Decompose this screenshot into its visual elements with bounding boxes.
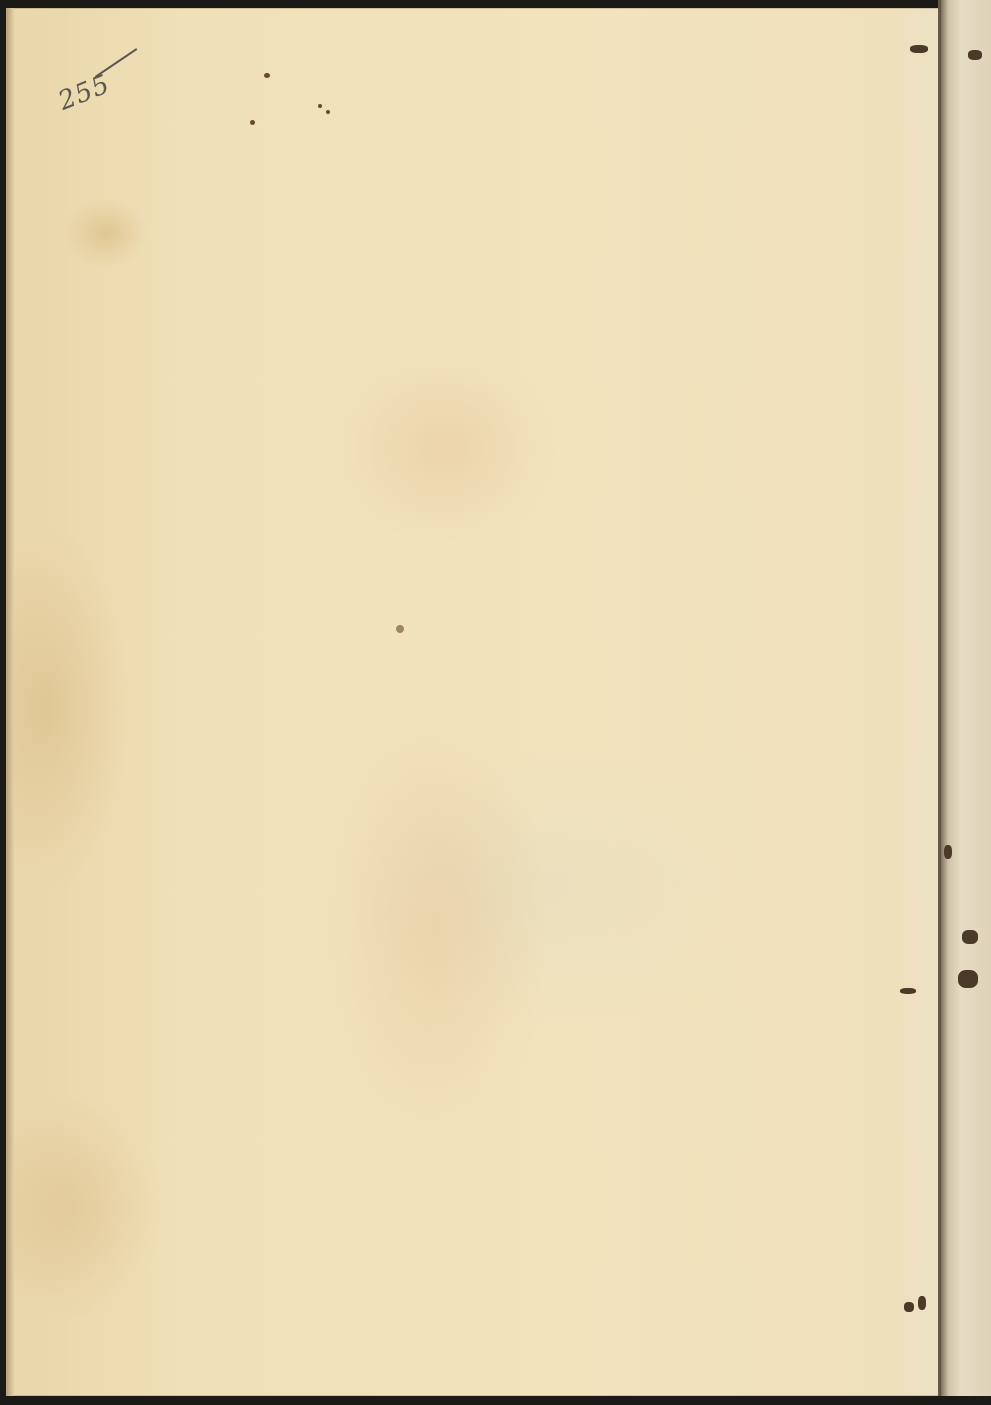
ink-spot (326, 110, 330, 114)
edge-damage (968, 50, 982, 60)
ink-spot (250, 120, 255, 125)
bleed-through-text (216, 258, 736, 1038)
edge-damage (944, 845, 952, 859)
edge-damage (910, 45, 928, 53)
edge-damage (962, 930, 978, 944)
edge-damage (904, 1302, 914, 1312)
ink-spot (318, 104, 322, 108)
scan-background-bottom (0, 1396, 991, 1405)
document-page (6, 8, 941, 1396)
edge-damage (958, 970, 978, 988)
adjacent-page-edge (941, 0, 991, 1405)
edge-damage (900, 988, 916, 994)
edge-damage (918, 1296, 926, 1310)
ink-spot (264, 73, 270, 78)
ink-spot (396, 625, 404, 633)
scan-background-top (0, 0, 991, 8)
